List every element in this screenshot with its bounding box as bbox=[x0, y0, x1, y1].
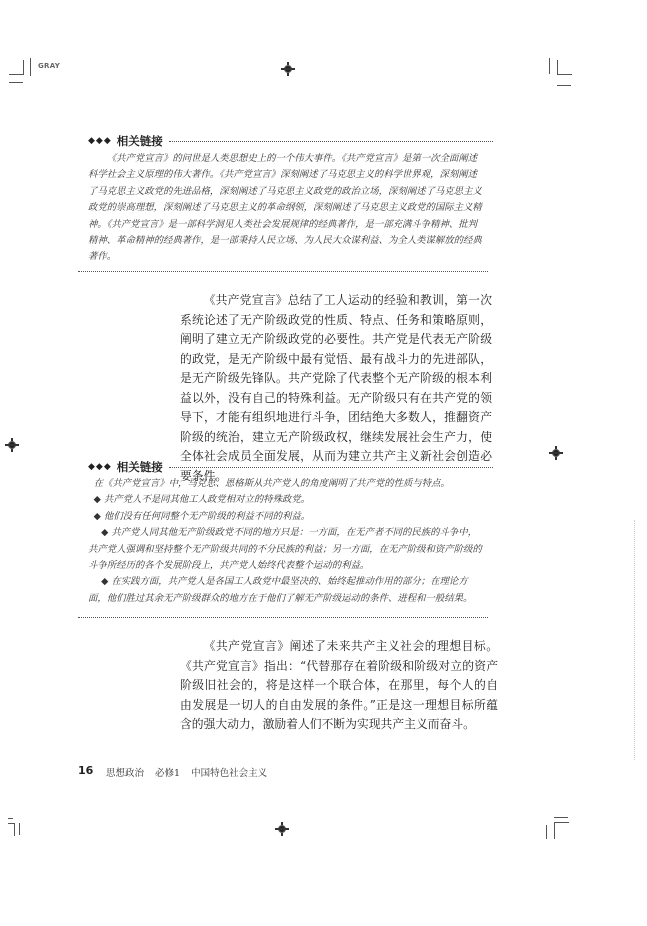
margin-guide-dots bbox=[634, 520, 635, 760]
related-link-paragraph: 《共产党宣言》的问世是人类思想史上的一个伟大事件。《共产党宣言》是第一次全面阐述… bbox=[88, 151, 483, 266]
diamond-bullets-icon: ◆◆◆ bbox=[88, 136, 112, 146]
body-text-block-2: 《共产党宣言》阐述了未来共产主义社会的理想目标。《共产党宣言》指出：“代替那存在… bbox=[180, 637, 498, 735]
crop-mark-top-left bbox=[9, 60, 24, 75]
related-link-bottom-rule-2 bbox=[78, 617, 488, 618]
color-label: GRAY bbox=[38, 62, 60, 70]
registration-mark-right-icon bbox=[549, 446, 563, 460]
related-link-header-1: ◆◆◆ 相关链接 bbox=[88, 134, 493, 148]
related-link-body-1: 《共产党宣言》的问世是人类思想史上的一个伟大事件。《共产党宣言》是第一次全面阐述… bbox=[88, 151, 483, 266]
crop-mark-bottom-left-bar bbox=[19, 823, 20, 835]
dotted-rule bbox=[169, 141, 493, 142]
related-link-bullet: ◆ 共产党人同其他无产阶级政党不同的地方只是：一方面，在无产者不同的民族的斗争中… bbox=[88, 525, 483, 574]
crop-mark-top-right bbox=[557, 60, 572, 75]
related-link-bullet: ◆ 他们没有任何同整个无产阶级的利益不同的利益。 bbox=[88, 509, 483, 525]
crop-mark-top-left-tick bbox=[9, 82, 23, 83]
crop-mark-bottom-right-tick bbox=[554, 817, 568, 818]
related-link-body-2: 在《共产党宣言》中，马克思、恩格斯从共产党人的角度阐明了共产党的性质与特点。 ◆… bbox=[88, 476, 483, 607]
related-link-title: 相关链接 bbox=[117, 133, 163, 149]
related-link-title: 相关链接 bbox=[117, 459, 163, 475]
related-link-bottom-rule-1 bbox=[78, 271, 488, 272]
page-number: 16 bbox=[78, 764, 93, 777]
related-link-header-2: ◆◆◆ 相关链接 bbox=[88, 460, 493, 474]
footer-subject: 思想政治 bbox=[106, 768, 144, 779]
registration-mark-top-icon bbox=[281, 62, 295, 76]
diamond-bullets-icon: ◆◆◆ bbox=[88, 462, 112, 472]
crop-mark-bottom-right-bar bbox=[546, 825, 547, 839]
footer-volume: 必修1 bbox=[155, 768, 180, 779]
related-link-intro: 在《共产党宣言》中，马克思、恩格斯从共产党人的角度阐明了共产党的性质与特点。 bbox=[88, 476, 483, 492]
running-footer: 思想政治 必修1 中国特色社会主义 bbox=[106, 765, 275, 779]
crop-mark-bottom-left-tick bbox=[8, 818, 13, 819]
related-link-bullet: ◆ 在实践方面，共产党人是各国工人政党中最坚决的、始终起推动作用的部分；在理论方… bbox=[88, 574, 483, 607]
crop-mark-top-right-tick bbox=[557, 85, 571, 86]
registration-mark-bottom-icon bbox=[275, 822, 289, 836]
body-paragraph: 《共产党宣言》总结了工人运动的经验和教训，第一次系统论述了无产阶级政党的性质、特… bbox=[180, 291, 492, 486]
crop-mark-bottom-left bbox=[8, 823, 15, 836]
crop-mark-bottom-right bbox=[554, 822, 569, 839]
footer-book-title: 中国特色社会主义 bbox=[191, 768, 267, 779]
body-paragraph: 《共产党宣言》阐述了未来共产主义社会的理想目标。《共产党宣言》指出：“代替那存在… bbox=[180, 637, 498, 735]
body-text-block-1: 《共产党宣言》总结了工人运动的经验和教训，第一次系统论述了无产阶级政党的性质、特… bbox=[180, 291, 492, 486]
crop-mark-top-left-bar bbox=[30, 58, 31, 76]
crop-mark-top-right-bar bbox=[549, 58, 550, 74]
registration-mark-left-icon bbox=[5, 438, 19, 452]
dotted-rule bbox=[169, 467, 493, 468]
related-link-bullet: ◆ 共产党人不是同其他工人政党相对立的特殊政党。 bbox=[88, 492, 483, 508]
